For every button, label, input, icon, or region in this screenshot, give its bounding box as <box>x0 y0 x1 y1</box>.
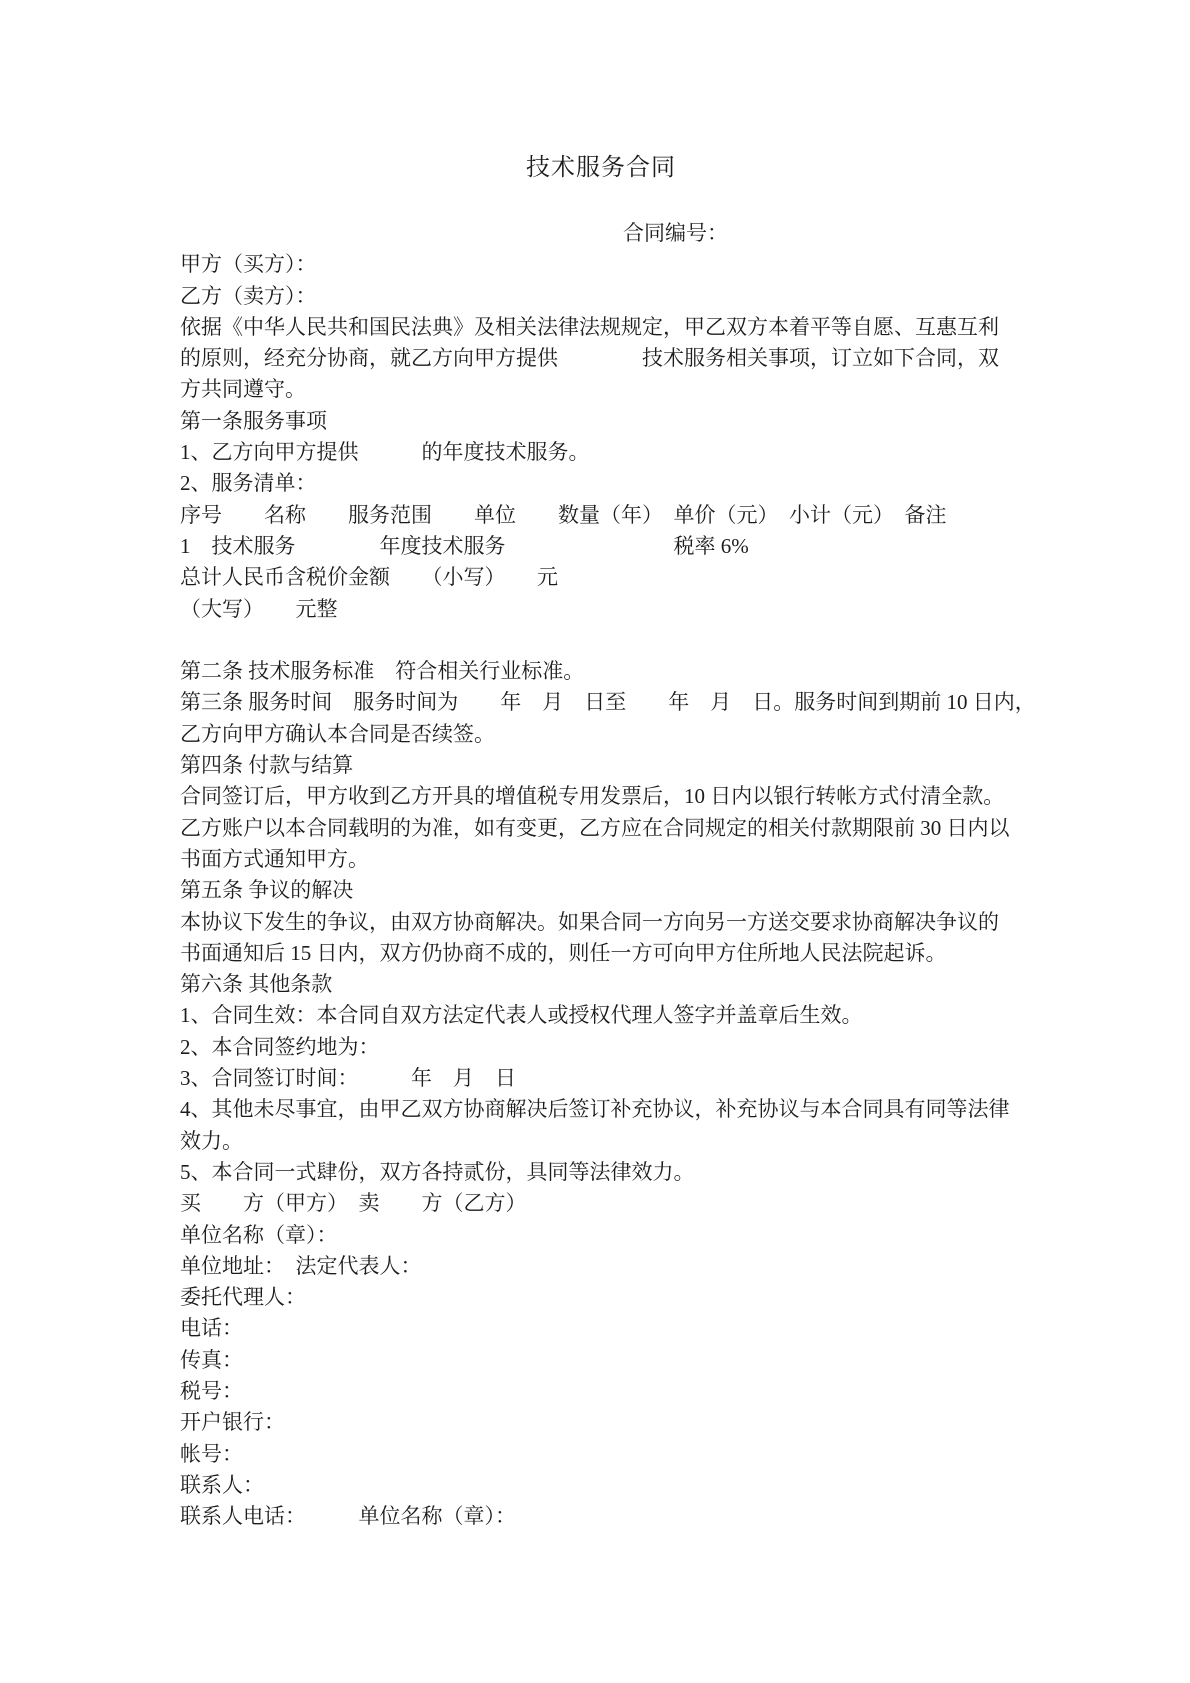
agent-line: 委托代理人： <box>180 1282 1022 1313</box>
article-4-line-2: 乙方账户以本合同载明的为准，如有变更，乙方应在合同规定的相关付款期限前 30 日… <box>180 813 1022 844</box>
article-1-heading: 第一条服务事项 <box>180 406 1022 437</box>
article-5-line-2: 书面通知后 15 日内，双方仍协商不成的，则任一方可向甲方住所地人民法院起诉。 <box>180 938 1022 969</box>
service-table-row-1: 1 技术服务 年度技术服务 税率 6% <box>180 531 1022 562</box>
account-line: 帐号： <box>180 1439 1022 1470</box>
article-6-heading: 第六条 其他条款 <box>180 969 1022 1000</box>
article-1-item-2: 2、服务清单： <box>180 468 1022 499</box>
document-body: 合同编号：甲方（买方）：乙方（卖方）：依据《中华人民共和国民法典》及相关法律法规… <box>180 218 1022 1532</box>
bank-line: 开户银行： <box>180 1407 1022 1438</box>
article-6-item-3: 3、合同签订时间： 年 月 日 <box>180 1063 1022 1094</box>
signature-parties-line: 买 方（甲方） 卖 方（乙方） <box>180 1188 1022 1219</box>
party-b-line: 乙方（卖方）： <box>180 281 1022 312</box>
article-4-line-3: 书面方式通知甲方。 <box>180 844 1022 875</box>
amount-in-words-line: （大写） 元整 <box>180 594 1022 625</box>
fax-line: 传真： <box>180 1345 1022 1376</box>
article-1-item-1: 1、乙方向甲方提供 的年度技术服务。 <box>180 437 1022 468</box>
preamble-line-1: 依据《中华人民共和国民法典》及相关法律法规规定，甲乙双方本着平等自愿、互惠互利 <box>180 312 1022 343</box>
phone-line: 电话： <box>180 1313 1022 1344</box>
article-6-item-4-line-1: 4、其他未尽事宜，由甲乙双方协商解决后签订补充协议，补充协议与本合同具有同等法律 <box>180 1094 1022 1125</box>
tax-id-line: 税号： <box>180 1376 1022 1407</box>
article-6-item-5: 5、本合同一式肆份，双方各持贰份，具同等法律效力。 <box>180 1157 1022 1188</box>
article-4-line-1: 合同签订后，甲方收到乙方开具的增值税专用发票后，10 日内以银行转帐方式付清全款… <box>180 781 1022 812</box>
article-5-heading: 第五条 争议的解决 <box>180 875 1022 906</box>
preamble-line-2: 的原则，经充分协商，就乙方向甲方提供 技术服务相关事项，订立如下合同，双 <box>180 343 1022 374</box>
contract-page: 技术服务合同 合同编号：甲方（买方）：乙方（卖方）：依据《中华人民共和国民法典》… <box>0 0 1190 1683</box>
service-table-header: 序号 名称 服务范围 单位 数量（年） 单价（元） 小计（元） 备注 <box>180 500 1022 531</box>
contact-line: 联系人： <box>180 1470 1022 1501</box>
unit-address-line: 单位地址： 法定代表人： <box>180 1251 1022 1282</box>
article-6-item-2: 2、本合同签约地为： <box>180 1032 1022 1063</box>
article-3-line-2: 乙方向甲方确认本合同是否续签。 <box>180 719 1022 750</box>
contract-number-line: 合同编号： <box>623 218 1022 249</box>
article-4-heading: 第四条 付款与结算 <box>180 750 1022 781</box>
total-amount-line: 总计人民币含税价金额 （小写） 元 <box>180 562 1022 593</box>
contact-phone-line: 联系人电话： 单位名称（章）： <box>180 1501 1022 1532</box>
party-a-line: 甲方（买方）： <box>180 249 1022 280</box>
article-5-line-1: 本协议下发生的争议，由双方协商解决。如果合同一方向另一方送交要求协商解决争议的 <box>180 907 1022 938</box>
document-title: 技术服务合同 <box>180 145 1022 191</box>
article-3-line-1: 第三条 服务时间 服务时间为 年 月 日至 年 月 日。服务时间到期前 10 日… <box>180 687 1022 718</box>
blank-line <box>180 625 1022 656</box>
unit-name-line: 单位名称（章）： <box>180 1220 1022 1251</box>
article-6-item-1: 1、合同生效：本合同自双方法定代表人或授权代理人签字并盖章后生效。 <box>180 1000 1022 1031</box>
article-2-line: 第二条 技术服务标准 符合相关行业标准。 <box>180 656 1022 687</box>
preamble-line-3: 方共同遵守。 <box>180 374 1022 405</box>
article-6-item-4-line-2: 效力。 <box>180 1126 1022 1157</box>
